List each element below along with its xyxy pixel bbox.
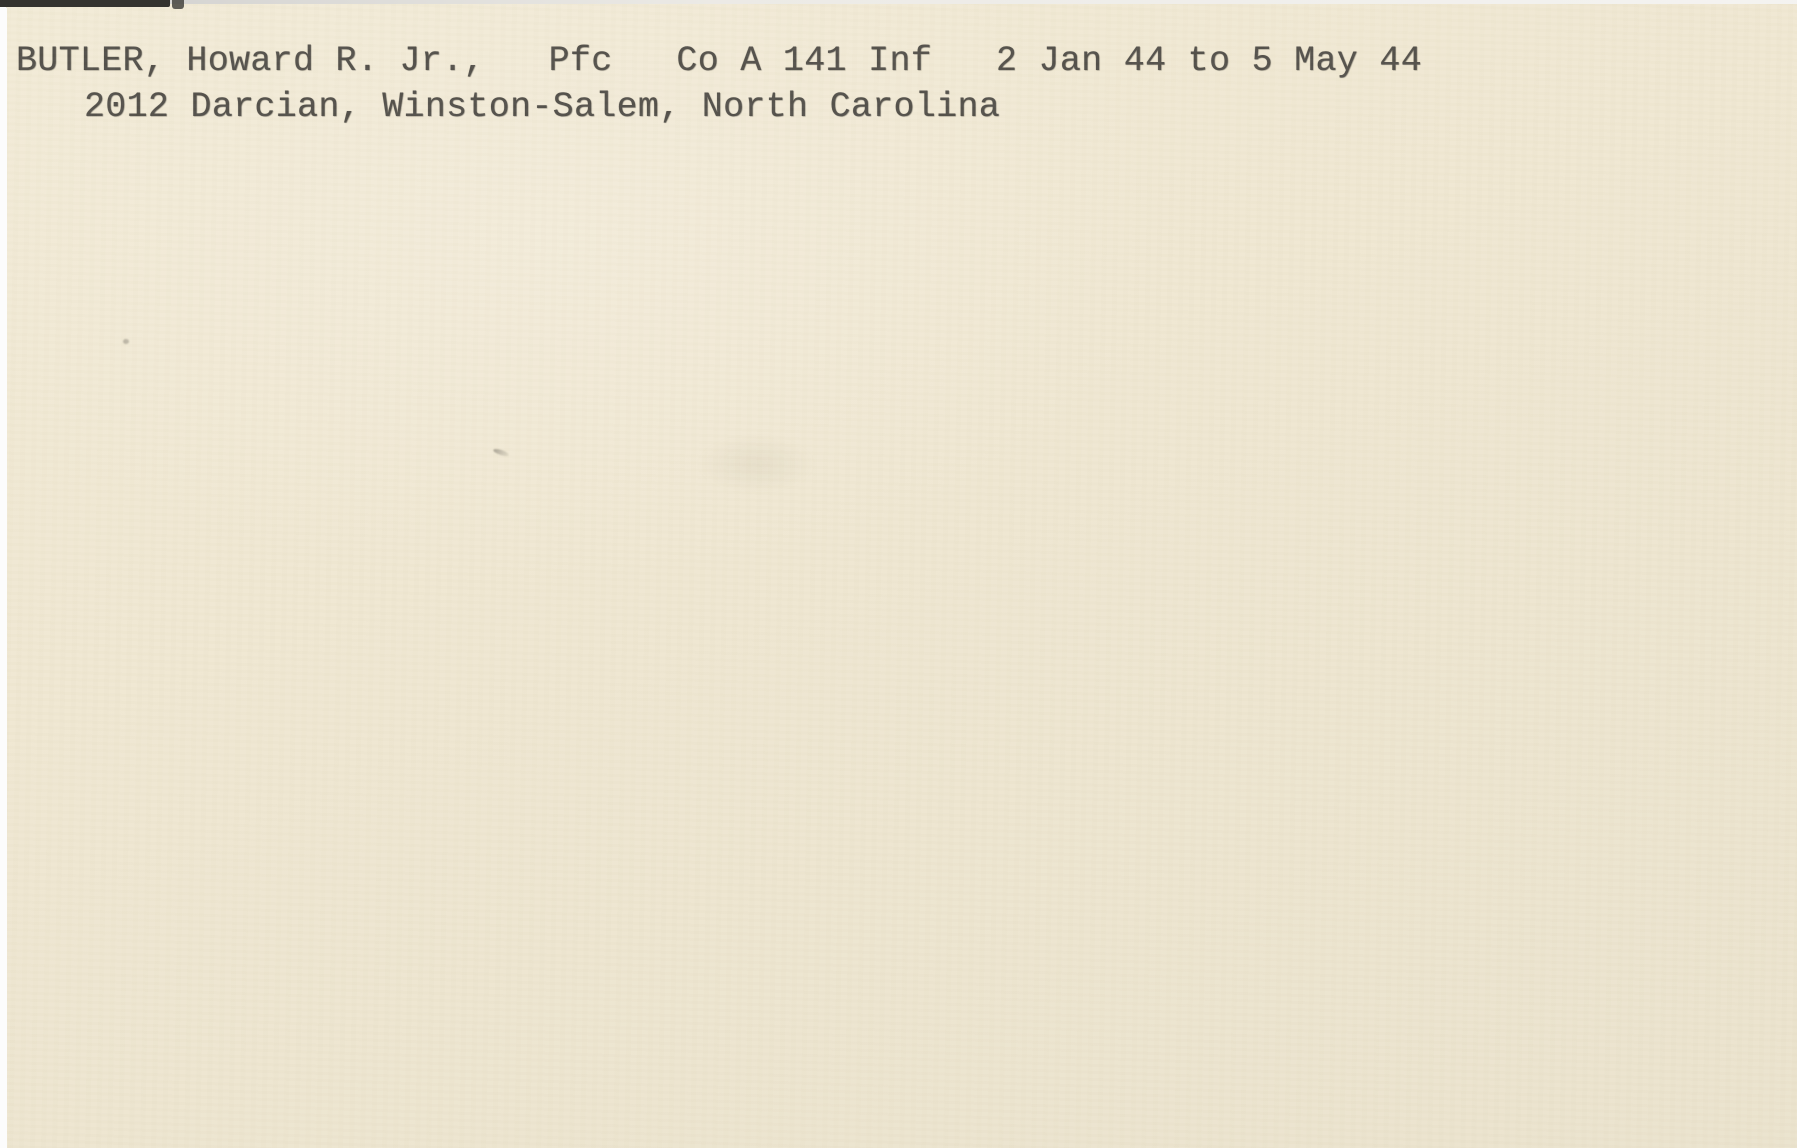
scanner-edge-left <box>0 8 7 1148</box>
index-card: BUTLER, Howard R. Jr., Pfc Co A 141 Inf … <box>6 4 1797 1148</box>
typed-text-block: BUTLER, Howard R. Jr., Pfc Co A 141 Inf … <box>16 38 1422 130</box>
typed-line-name-service: BUTLER, Howard R. Jr., Pfc Co A 141 Inf … <box>16 38 1422 84</box>
scanned-document: BUTLER, Howard R. Jr., Pfc Co A 141 Inf … <box>0 0 1797 1148</box>
scan-shadow-top-edge <box>0 0 1797 4</box>
typed-line-address: 2012 Darcian, Winston-Salem, North Carol… <box>16 84 1422 130</box>
scanner-strip-artifact <box>0 0 170 7</box>
pencil-mark <box>493 448 510 458</box>
scanner-tick-artifact <box>172 0 184 9</box>
ink-speck <box>123 339 129 344</box>
paper-smudge <box>696 434 816 494</box>
